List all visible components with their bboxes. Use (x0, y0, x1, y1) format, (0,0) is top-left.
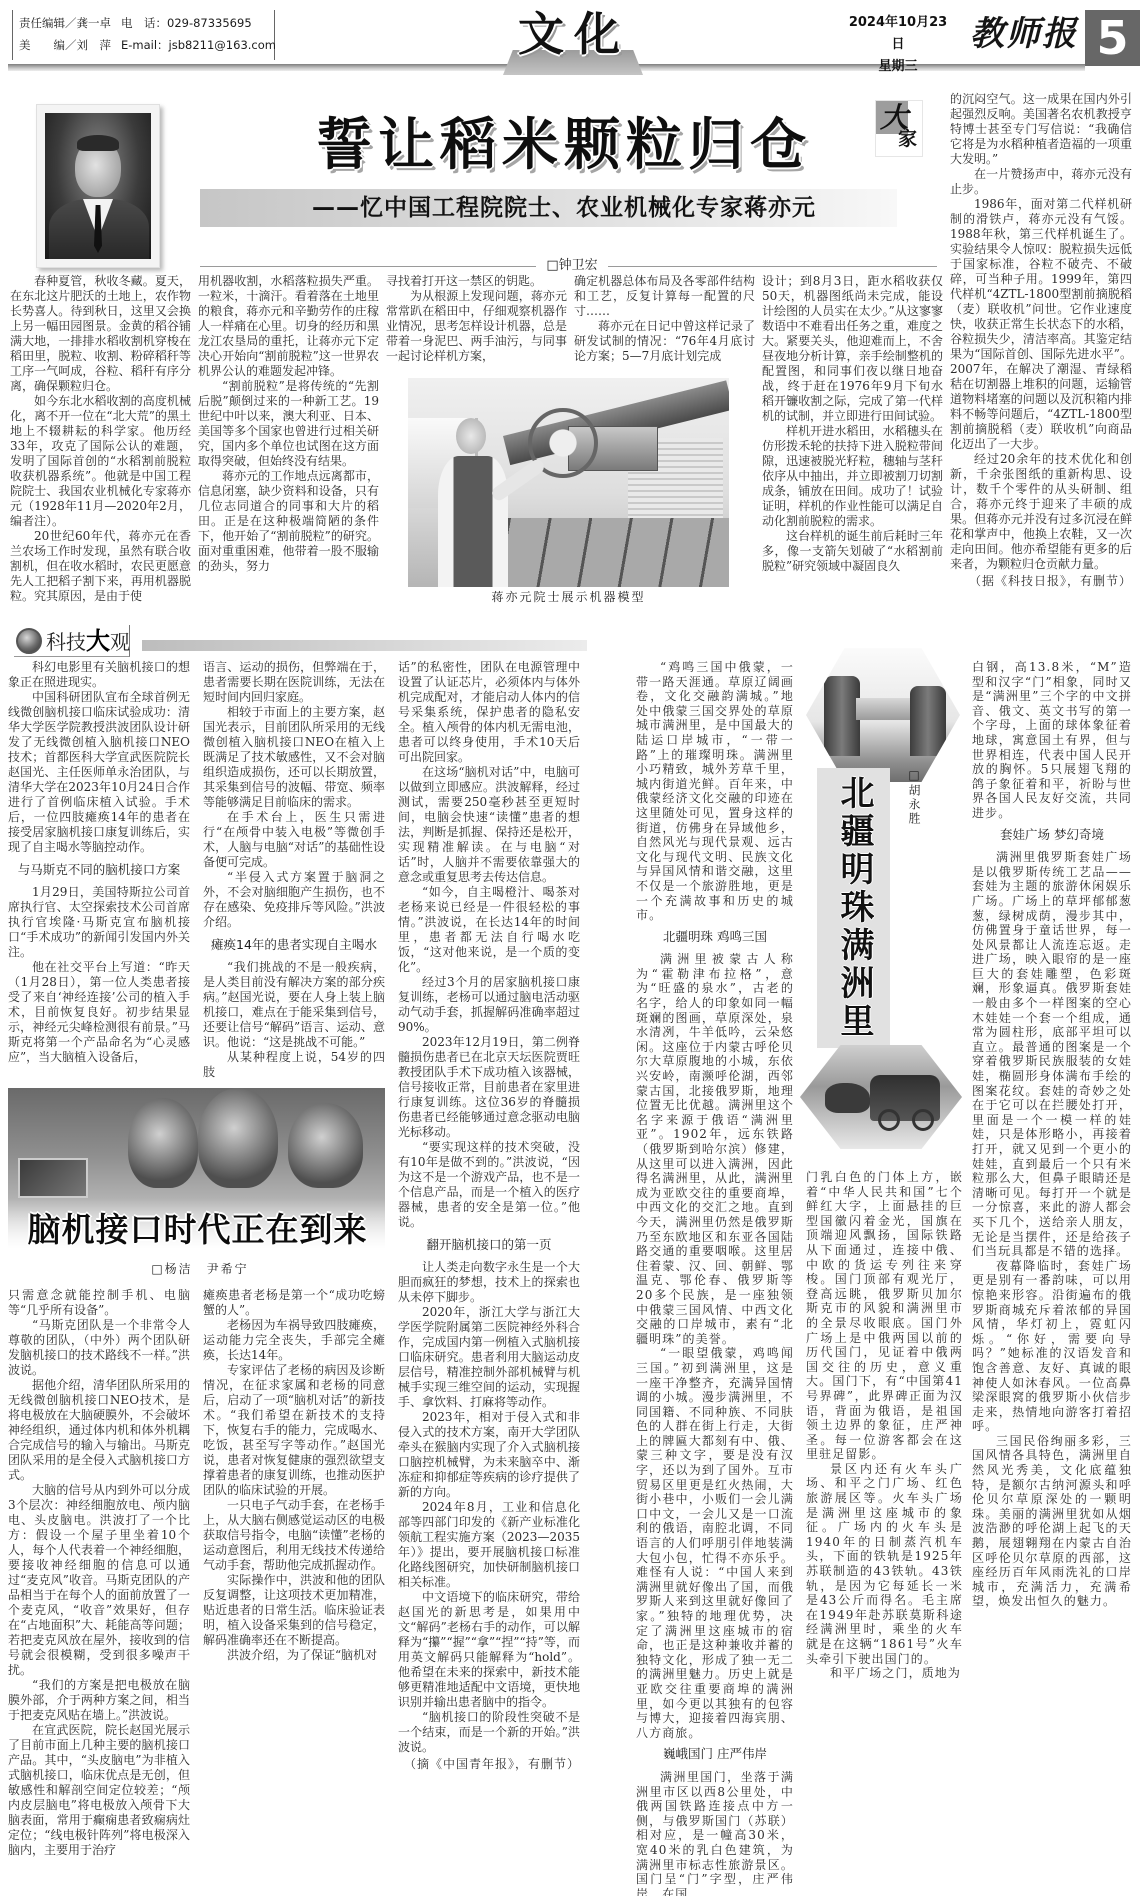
subheading: 巍峨国门 庄严伟岸 (636, 1747, 794, 1762)
paragraph: 瘫痪患者老杨是第一个“成功吃螃蟹的人”。 (203, 1288, 385, 1318)
designer-line: 美 编／刘 萍E-mail：jsb8211@163.com (19, 34, 274, 56)
paragraph: 蒋亦元的工作地点远离都市，信息闭塞，缺少资料和设备，只有几位志同道合的同事和大片… (198, 469, 379, 574)
carriage-wheel-1 (878, 1109, 900, 1131)
travel-byline: □胡永胜 (906, 768, 922, 826)
paragraph: 据他介绍，清华团队所采用的无线微创脑机接口NEO技术，是将电极放在大脑硬膜外，不… (8, 1378, 190, 1483)
portrait-photo-frame (36, 104, 160, 268)
feature-column-5: 设计；到8月3日，距水稻收获仅50天，机器图纸尚未完成，能设计绘图的人员实在太少… (762, 274, 943, 606)
paragraph: “鸡鸣三国中俄蒙，一带一路天涯通。草原辽阔画卷，文化交融韵满城。”地处中俄蒙三国… (636, 660, 794, 923)
paragraph: 用机器收割，水稻落粒损失严重。一粒米，十滴汗。看着落在土地里的粮食，蒋亦元和辛勤… (198, 274, 379, 379)
kicker-bar (142, 640, 587, 651)
paragraph: 实际操作中，洪波和他的团队反复调整，让这项技术更加精准，贴近患者的日常生活。临床… (203, 1573, 385, 1648)
subheading: 与马斯克不同的脑机接口方案 (8, 862, 190, 877)
paragraph: “我们的方案是把电极放在脑膜外部，介于两种方案之间，相当于把麦克风贴在墙上。”洪… (8, 1678, 190, 1723)
date: 2024年10月23日 (843, 12, 953, 56)
photo-surgeon-3 (288, 1103, 363, 1188)
kicker-post: 观 (110, 630, 130, 654)
paragraph: 夜幕降临时，套娃广场更是别有一番韵味，可以用惊艳来形容。沿街遍布的俄罗斯商城充斥… (972, 1259, 1132, 1434)
paragraph: “一眼望俄蒙，鸡鸣闻三国。”初到满洲里，这是一座干净整齐，充满异国情调的小城。漫… (636, 1346, 794, 1740)
feature-subtitle: ——忆中国工程院院士、农业机械化专家蒋亦元 (312, 193, 816, 223)
border-gate-photo (806, 648, 960, 782)
kicker-text: 科技大观 (46, 626, 130, 657)
paragraph: 如今东北水稻收割的高度机械化，离不开一位在“北大荒”的黑土地上不辍耕耘的科学家。… (10, 394, 191, 529)
paragraph: 1月29日，美国特斯拉公司首席执行官、太空探索技术公司首席执行官埃隆·马斯克宣布… (8, 885, 190, 960)
machine-model-photo (408, 378, 729, 587)
feature-column-6: 的沉闷空气。这一成果在国内外引起强烈反响。美国著名农机教授亨特博士甚至专门写信说… (950, 92, 1132, 608)
feature-column-3: 寻找着打开这一禁区的钥匙。为从根源上发现问题，蒋亦元常常趴在稻田中，仔细观察机器… (386, 274, 567, 366)
paragraph: 洪波介绍，为了保证“脑机对 (203, 1648, 385, 1663)
paragraph: 春种夏管，秋收冬藏。夏天，在东北这片肥沃的土地上，农作物长势喜人。待到秋日，这里… (10, 274, 191, 394)
email: E-mail：jsb8211@163.com (121, 38, 276, 52)
paragraph: 满洲里被蒙古人称为“霍勒津布拉格”，意为“旺盛的泉水”，古老的名字，给人的印象如… (636, 952, 794, 1346)
stamp-char-2: 家 (898, 127, 917, 151)
paragraph: 2024年8月，工业和信息化部等四部门印发的《新产业标准化领航工程实施方案（20… (398, 1500, 580, 1590)
tech-column-c: 话”的私密性，团队在电源管理中设置了认证芯片，必须体内与体外机完成配对，才能启动… (398, 660, 580, 1896)
tech-title: 脑机接口时代正在到来 (20, 1208, 375, 1252)
tech-column-b-top: 语言、运动的损伤，但弊端在于，患者需要长期在医院训练，无法在短时间内回归家庭。相… (203, 660, 385, 1084)
feature-title: 誓让稻米颗粒归仓 (316, 114, 812, 178)
carriage-photo (800, 1045, 962, 1149)
feature-byline: □钟卫宏 (536, 258, 608, 274)
paragraph: 2023年12月19日，第二例脊髓损伤患者已在北京天坛医院贾旺教授团队手术下成功… (398, 1035, 580, 1140)
column-stamp: 大 家 (875, 100, 923, 157)
carriage-horse (825, 1083, 870, 1113)
gate-tower-right (910, 686, 946, 756)
paragraph: 满洲里俄罗斯套娃广场是以俄罗斯传统工艺品——套娃为主题的旅游休闲娱乐广场。广场上… (972, 850, 1132, 1259)
paragraph: 满洲里国门，坐落于满洲里市区以西8公里处，中俄两国铁路连接点中方一侧，与俄罗斯国… (636, 1770, 794, 1896)
paragraph: 寻找着打开这一禁区的钥匙。 (386, 274, 567, 289)
feature-source: （据《科技日报》，有删节） (950, 574, 1132, 589)
editor-info: 责任编辑／龚一卓电 话：029-87335695 美 编／刘 萍E-mail：j… (12, 10, 275, 60)
page-number: 5 (1085, 10, 1140, 66)
paragraph: 经过20余年的技术优化和创新，千余张图纸的重新构思、设计，数千个零件的从头研制、… (950, 452, 1132, 572)
paragraph: 三国民俗绚丽多彩，三国风情各具特色，满洲里自然风光秀美，文化底蕴独特，是额尔古纳… (972, 1434, 1132, 1609)
travel-title: 北疆明珠满洲里 (817, 768, 890, 1048)
paragraph: 蒋亦元在日记中曾这样记录了研发试制的情况：“76年4月底讨论方案；5—7月底计划… (574, 319, 755, 364)
paragraph: 确定机器总体布局及各零部件结构和工艺，反复计算每一配置的尺寸…… (574, 274, 755, 319)
paragraph: “脑机接口的阶段性突破不是一个结束，而是一个新的开始。”洪波说。 (398, 1710, 580, 1755)
paragraph: 景区内还有火车头广场、和平之门广场、红色旅游展区等。火车头广场是满洲里这座城市的… (806, 1462, 963, 1666)
kicker-pre: 科技 (46, 630, 86, 654)
travel-column-e: 门乳白色的门体上方，嵌着“中华人民共和国”七个鲜红大字，上面悬挂的巨型国徽闪着金… (806, 1170, 963, 1896)
tech-byline: □杨洁 尹希宁 (120, 1262, 280, 1277)
tech-column-c-body: 话”的私密性，团队在电源管理中设置了认证芯片，必须体内与体外机完成配对，才能启动… (398, 660, 580, 1755)
paragraph: 他在社交平台上写道：“昨天（1月28日），第一位人类患者接受了来自‘神经连接’公… (8, 960, 190, 1065)
paragraph: 2023年，相对于侵入式和非侵入式的技术方案，南开大学团队牵头在猴脑内实现了介入… (398, 1410, 580, 1500)
paragraph: “如今，自主喝橙汁、喝茶对老杨来说已经是一件很轻松的事情。”洪波说，在长达14年… (398, 885, 580, 975)
masthead-logo: 教师报 (970, 8, 1078, 60)
paragraph: 话”的私密性，团队在电源管理中设置了认证芯片，必须体内与体外机完成配对，才能启动… (398, 660, 580, 765)
paragraph: 1986年，面对第二代样机研制的滑铁卢，蒋亦元没有气馁。1988年秋，第三代样机… (950, 197, 1132, 452)
gate-bridge (856, 698, 918, 720)
tech-source: （摘《中国青年报》，有删节） (398, 1757, 580, 1772)
paragraph: “割前脱粒”是将传统的“先割后脱”颠倒过来的一种新工艺。19世纪中叶以来，澳大利… (198, 379, 379, 469)
portrait-photo (45, 113, 151, 259)
travel-column-f: 白钢，高13.8米，“M”造型和汉字“门”相象，同时又是“满洲里”三个字的中文拼… (972, 660, 1132, 1896)
paragraph: 这台样机的诞生前后耗时三年多，像一支箭矢划破了“水稻割前脱粒”研究领域中凝固良久 (762, 529, 943, 574)
portrait-hair (77, 135, 119, 151)
feature-column-4: 确定机器总体布局及各零部件结构和工艺，反复计算每一配置的尺寸……蒋亦元在日记中曾… (574, 274, 755, 366)
paragraph: 从某种程度上说，54岁的四肢 (203, 1050, 385, 1080)
phone: 电 话：029-87335695 (121, 16, 252, 30)
paragraph: 让人类走向数字永生是一个大胆而疯狂的梦想，技术上的探索也从未停下脚步。 (398, 1260, 580, 1305)
paragraph: 设计；到8月3日，距水稻收获仅50天，机器图纸尚未完成，能设计绘图的人员实在太少… (762, 274, 943, 424)
kicker-em: 大 (86, 626, 110, 655)
travel-column-d: “鸡鸣三国中俄蒙，一带一路天涯通。草原辽阔画卷，文化交融韵满城。”地处中俄蒙三国… (636, 660, 794, 1896)
paragraph: “要实现这样的技术突破，没有10年是做不到的。”洪波说，“因为这不是一个游戏产品… (398, 1140, 580, 1230)
paragraph: 相较于市面上的主要方案，赵国光表示，目前团队所采用的无线微创植入脑机接口NEO在… (203, 705, 385, 810)
editor-line: 责任编辑／龚一卓电 话：029-87335695 (19, 12, 274, 34)
designer-name: 美 编／刘 萍 (19, 38, 111, 52)
subheading: 套娃广场 梦幻奇境 (972, 828, 1132, 843)
photo-man-body (438, 456, 508, 587)
paragraph: “我们挑战的不是一般疾病，是人类目前没有解决方案的部分疾病。”赵国光说，要在人身… (203, 960, 385, 1050)
paragraph: 中国科研团队宣布全球首例无线微创脑机接口临床试验成功：清华大学医学院教授洪波团队… (8, 690, 190, 855)
paragraph: 语言、运动的损伤，但弊端在于，患者需要长期在医院训练，无法在短时间内回归家庭。 (203, 660, 385, 705)
photo-surgeon-1 (128, 1098, 198, 1188)
feature-column-2: 用机器收割，水稻落粒损失严重。一粒米，十滴汗。看着落在土地里的粮食，蒋亦元和辛勤… (198, 274, 379, 604)
paragraph: 老杨因为车祸导致四肢瘫痪，运动能力完全丧失，手部完全瘫痪，长达14年。 (203, 1318, 385, 1363)
paragraph: 20世纪60年代，蒋亦元在香兰农场工作时发现，虽然有联合收割机，但在收水稻时，农… (10, 529, 191, 604)
paragraph: “半侵入式方案置于脑洞之外，不会对脑细胞产生损伤，也不存在感染、免疫排斥等风险。… (203, 870, 385, 930)
paragraph: 一只电子气动手套，在老杨手上，从大脑右侧感觉运动区的电极获取信号指令，电脑“读懂… (203, 1498, 385, 1573)
paragraph: 中文语境下的临床研究，带给赵国光的新思考是，如果用中文“解码”老杨右手的动作，可… (398, 1590, 580, 1710)
paragraph: 样机开进水稻田，水稻穗头在仿形拨禾轮的扶持下进入脱粒带间隙，迅速被脱光籽粒，穗轴… (762, 424, 943, 529)
paragraph: 在手术台上，医生只需进行“在颅骨中装入电极”等微创手术，人脑与电脑“对话”的基础… (203, 810, 385, 870)
tech-column-a-bottom: 只需意念就能控制手机、电脑等“几乎所有设备”。“马斯克团队是一个非常令人尊敬的团… (8, 1288, 190, 1894)
paragraph: 专家评估了老杨的病因及诊断情况，在征求家属和老杨的同意后，启动了一项“脑机对话”… (203, 1363, 385, 1498)
carriage-wheel-2 (912, 1109, 934, 1131)
paragraph: 为从根源上发现问题，蒋亦元常常趴在稻田中，仔细观察机器作业情况，思考怎样设计机器… (386, 289, 567, 364)
gate-tower-left (824, 676, 860, 756)
paragraph: 2020年，浙江大学与浙江大学医学院附属第二医院神经外科合作，完成国内第一例植入… (398, 1305, 580, 1410)
subheading: 瘫痪14年的患者实现自主喝水 (203, 937, 385, 952)
photo-man-head (456, 418, 486, 454)
paragraph: 的沉闷空气。这一成果在国内外引起强烈反响。美国著名农机教授亨特博士甚至专门写信说… (950, 92, 1132, 167)
issue-date: 2024年10月23日 星期三 (843, 12, 953, 78)
photo-caption: 蒋亦元院士展示机器模型 (408, 590, 729, 605)
paragraph: “马斯克团队是一个非常令人尊敬的团队，（中外）两个团队研发脑机接口的技术路线不一… (8, 1318, 190, 1378)
tech-column-a-top: 科幻电影里有关脑机接口的想象正在照进现实。中国科研团队宣布全球首例无线微创脑机接… (8, 660, 190, 1084)
feature-column-6-body: 的沉闷空气。这一成果在国内外引起强烈反响。美国著名农机教授亨特博士甚至专门写信说… (950, 92, 1132, 572)
globe-icon (16, 628, 42, 654)
subheading: 翻开脑机接口的第一页 (398, 1237, 580, 1252)
photo-surgeon-2 (198, 1088, 278, 1188)
paragraph: 在一片赞扬声中，蒋亦元没有止步。 (950, 167, 1132, 197)
paragraph: 在宣武医院，院长赵国光展示了目前市面上几种主要的脑机接口产品。其中，“头皮脑电”… (8, 1723, 190, 1858)
weekday: 星期三 (843, 56, 953, 78)
feature-column-1: 春种夏管，秋收冬藏。夏天，在东北这片肥沃的土地上，农作物长势喜人。待到秋日，这里… (10, 274, 191, 604)
paragraph: 门乳白色的门体上方，嵌着“中华人民共和国”七个鲜红大字，上面悬挂的巨型国徽闪着金… (806, 1170, 963, 1462)
paragraph: 大脑的信号从内到外可以分成3个层次：神经细胞放电、颅内脑电、头皮脑电。洪波打了一… (8, 1483, 190, 1678)
paragraph: 科幻电影里有关脑机接口的想象正在照进现实。 (8, 660, 190, 690)
section-title: 文化 (512, 6, 636, 62)
paragraph: 和平广场之门，质地为 (806, 1666, 963, 1681)
photo-monitor (18, 1158, 88, 1198)
photo-machine-rail (508, 518, 729, 587)
paragraph: 只需意念就能控制手机、电脑等“几乎所有设备”。 (8, 1288, 190, 1318)
paragraph: 在这场“脑机对话”中，电脑可以做到立即感应。洪波解释，经过测试，需要250毫秒甚… (398, 765, 580, 885)
section-kicker: 科技大观 (14, 625, 130, 657)
tech-column-b-bottom: 瘫痪患者老杨是第一个“成功吃螃蟹的人”。老杨因为车祸导致四肢瘫痪，运动能力完全丧… (203, 1288, 385, 1894)
paragraph: 白钢，高13.8米，“M”造型和汉字“门”相象，同时又是“满洲里”三个字的中文拼… (972, 660, 1132, 821)
subheading: 北疆明珠 鸡鸣三国 (636, 930, 794, 945)
editor-name: 责任编辑／龚一卓 (19, 16, 111, 30)
paragraph: 经过3个月的居家脑机接口康复训练，老杨可以通过脑电活动驱动气动手套，抓握解码准确… (398, 975, 580, 1035)
